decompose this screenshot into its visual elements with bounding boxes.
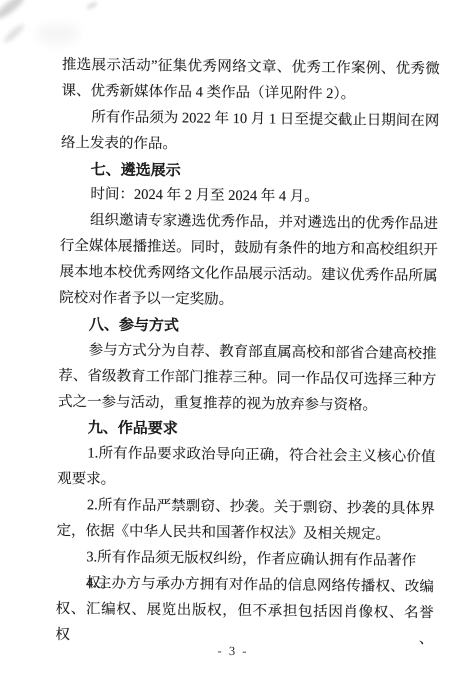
scan-smudge <box>86 0 99 10</box>
scanned-document-page: 推选展示活动”征集优秀网络文章、优秀工作案例、优秀微课、优秀新媒体作品 4 类作… <box>0 0 472 700</box>
scan-smudge <box>36 24 80 44</box>
document-body: 推选展示活动”征集优秀网络文章、优秀工作案例、优秀微课、优秀新媒体作品 4 类作… <box>56 53 440 627</box>
page-number: - 3 - <box>0 642 466 660</box>
text-line: 课、优秀新媒体作品 4 类作品（详见附件 2）。 <box>61 79 439 109</box>
text-line: 3.所有作品须无版权纠纷，作者应确认拥有作品著作权。 <box>56 545 434 575</box>
text-line: 权、汇编权、展览出版权，但不承担包括因肖像权、名誉权、 <box>56 597 434 627</box>
text-line: 荐、省级教育工作部门推荐三种。同一作品仅可选择三种方 <box>58 364 436 394</box>
scan-smudge <box>2 22 26 45</box>
text-line: 参与方式分为自荐、教育部直属高校和部省合建高校推 <box>58 338 436 368</box>
section-heading: 八、参与方式 <box>59 312 437 342</box>
scan-smudge <box>0 0 27 22</box>
text-line: 络上发表的作品。 <box>61 131 439 161</box>
text-line: 4.主办方与承办方拥有对作品的信息网络传播权、改编 <box>56 571 434 601</box>
text-line: 所有作品须为 2022 年 10 月 1 日至提交截止日期间在网 <box>61 105 439 135</box>
